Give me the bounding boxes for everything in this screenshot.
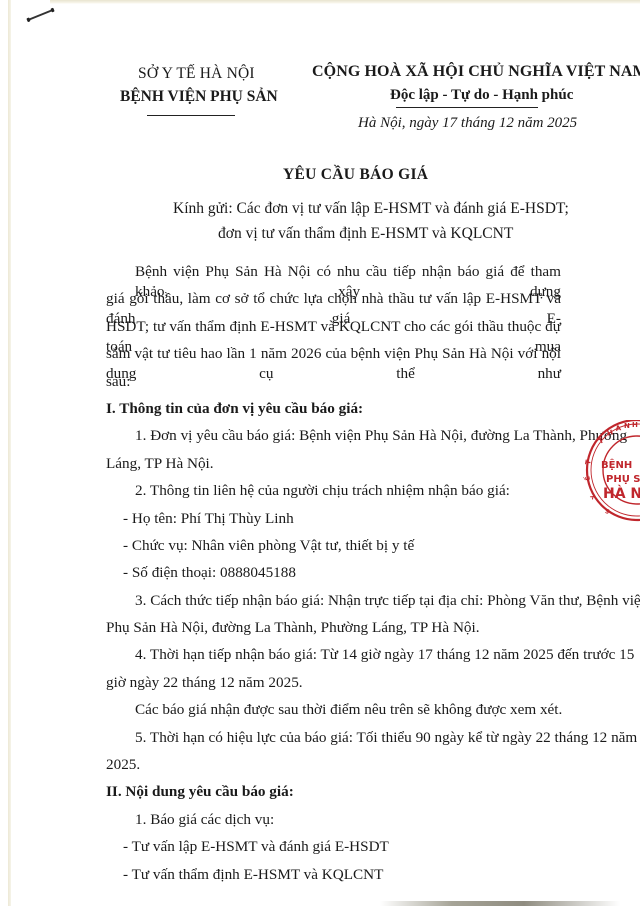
organization-name: BỆNH VIỆN PHỤ SẢN: [120, 88, 278, 106]
section-1-item-3: 3. Cách thức tiếp nhận báo giá: Nhận trự…: [106, 591, 561, 618]
intro-line: HSDT; tư vấn thẩm định E-HSMT và KQLCNT …: [106, 317, 561, 344]
paper-edge-bottom: [380, 901, 620, 906]
header-right-divider: [396, 107, 538, 108]
recipient-line-2: đơn vị tư vấn thẩm định E-HSMT và KQLCNT: [218, 225, 513, 243]
section-1-item-4: 4. Thời hạn tiếp nhận báo giá: Từ 14 giờ…: [106, 645, 561, 672]
svg-text:N: N: [624, 422, 630, 430]
section-2-item-1: 1. Báo giá các dịch vụ:: [106, 810, 561, 837]
section-1-item-5: 5. Thời hạn có hiệu lực của báo giá: Tối…: [106, 728, 561, 755]
section-1-item-2: 2. Thông tin liên hệ của người chịu trác…: [106, 481, 561, 508]
official-seal-icon: T H À N H T Ế Y S BỆNH PHỤ S HÀ N: [582, 420, 640, 530]
place-date: Hà Nội, ngày 17 tháng 12 năm 2025: [358, 115, 577, 132]
section-1-item-4-note: Các báo giá nhận được sau thời điểm nêu …: [106, 700, 561, 727]
department-name: SỞ Y TẾ HÀ NỘI: [138, 65, 255, 83]
header-left-divider: [147, 115, 235, 116]
paper-edge-left: [8, 0, 11, 906]
contact-name: - Họ tên: Phí Thị Thùy Linh: [106, 509, 561, 536]
contact-position: - Chức vụ: Nhân viên phòng Vật tư, thiết…: [106, 536, 561, 563]
section-2-heading: II. Nội dung yêu cầu báo giá:: [106, 782, 561, 809]
service-item: - Tư vấn lập E-HSMT và đánh giá E-HSDT: [106, 837, 561, 864]
staple-mark-icon: [28, 9, 54, 21]
intro-line: sắm vật tư tiêu hao lần 1 năm 2026 của b…: [106, 344, 561, 371]
section-1-item-1: 1. Đơn vị yêu cầu báo giá: Bệnh viện Phụ…: [106, 426, 561, 453]
svg-text:BỆNH: BỆNH: [601, 458, 632, 471]
intro-line: Bệnh viện Phụ Sản Hà Nội có nhu cầu tiếp…: [106, 262, 561, 289]
svg-text:H: H: [606, 428, 614, 437]
svg-text:À: À: [615, 423, 622, 433]
svg-text:H: H: [632, 421, 638, 429]
document-title: YÊU CẦU BÁO GIÁ: [283, 166, 428, 184]
recipient-line-1: Kính gửi: Các đơn vị tư vấn lập E-HSMT v…: [173, 200, 569, 218]
svg-text:T: T: [584, 459, 593, 465]
service-item: - Tư vấn thẩm định E-HSMT và KQLCNT: [106, 865, 561, 892]
intro-line: giá gói thầu, làm cơ sở tổ chức lựa chọn…: [106, 289, 561, 316]
section-1-item-4-cont: giờ ngày 22 tháng 12 năm 2025.: [106, 673, 561, 700]
section-1-item-1-cont: Láng, TP Hà Nội.: [106, 454, 561, 481]
svg-text:HÀ N: HÀ N: [603, 485, 640, 502]
national-title: CỘNG HOÀ XÃ HỘI CHỦ NGHĨA VIỆT NAM: [312, 63, 640, 81]
section-1-item-5-cont: 2025.: [106, 755, 561, 782]
svg-text:PHỤ S: PHỤ S: [606, 474, 640, 485]
section-1-heading: I. Thông tin của đơn vị yêu cầu báo giá:: [106, 399, 561, 426]
national-motto: Độc lập - Tự do - Hạnh phúc: [390, 87, 573, 104]
contact-phone: - Số điện thoại: 0888045188: [106, 563, 561, 590]
section-1-item-3-cont: Phụ Sản Hà Nội, đường La Thành, Phường L…: [106, 618, 561, 645]
paper-edge-top: [50, 0, 640, 4]
document-body: Bệnh viện Phụ Sản Hà Nội có nhu cầu tiếp…: [106, 262, 561, 892]
